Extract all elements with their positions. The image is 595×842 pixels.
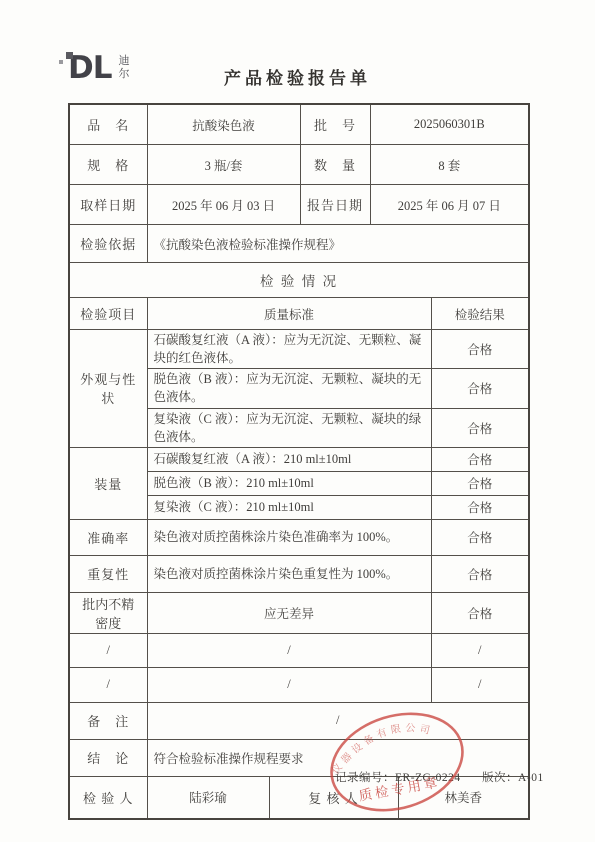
empty2-label: / <box>69 667 147 702</box>
sampling-date-label: 取样日期 <box>69 185 147 225</box>
header-result: 检验结果 <box>431 298 529 330</box>
row-empty-2: / / / <box>69 667 529 702</box>
row-product-batch: 品 名 抗酸染色液 批 号 2025060301B <box>69 104 529 145</box>
volume-c-standard: 复染液（C 液）：210 ml±10ml <box>147 495 431 519</box>
volume-a-result: 合格 <box>431 447 529 471</box>
note-label: 备 注 <box>69 702 147 739</box>
page-title: 产品检验报告单 <box>0 64 595 89</box>
record-line: 记录编号：ER-ZG-0224 版次：A-01 <box>335 769 544 785</box>
header-standard: 质量标准 <box>147 298 431 330</box>
record-number: 记录编号：ER-ZG-0224 <box>335 772 461 784</box>
row-repeatability: 重复性 染色液对质控菌株涂片染色重复性为 100%。 合格 <box>69 555 529 592</box>
volume-b-result: 合格 <box>431 471 529 495</box>
appearance-c-result: 合格 <box>431 408 529 447</box>
version-number: 版次：A-01 <box>482 772 544 784</box>
sampling-date-value: 2025 年 06 月 03 日 <box>147 185 300 225</box>
appearance-a-result: 合格 <box>431 330 529 369</box>
note-value: / <box>147 702 529 739</box>
volume-c-result: 合格 <box>431 495 529 519</box>
appearance-b-standard: 脱色液（B 液）：应为无沉淀、无颗粒、凝块的无色液体。 <box>147 369 431 408</box>
appearance-label: 外观与性状 <box>69 330 147 448</box>
row-spec-qty: 规 格 3 瓶/套 数 量 8 套 <box>69 145 529 185</box>
row-imprecision: 批内不精密度 应无差异 合格 <box>69 592 529 633</box>
basis-label: 检验依据 <box>69 225 147 263</box>
accuracy-result: 合格 <box>431 519 529 555</box>
header-item: 检验项目 <box>69 298 147 330</box>
report-page: DL 迪 尔 产品检验报告单 品 名 抗酸染色液 批 号 2025060301B… <box>0 0 595 842</box>
spec-value: 3 瓶/套 <box>147 145 300 185</box>
inspector-label: 检 验 人 <box>69 776 147 819</box>
product-name-value: 抗酸染色液 <box>147 104 300 145</box>
volume-b-standard: 脱色液（B 液）：210 ml±10ml <box>147 471 431 495</box>
conclusion-label: 结 论 <box>69 739 147 776</box>
row-basis: 检验依据 《抗酸染色液检验标准操作规程》 <box>69 225 529 263</box>
accuracy-label: 准确率 <box>69 519 147 555</box>
batch-value: 2025060301B <box>370 104 529 145</box>
product-name-label: 品 名 <box>69 104 147 145</box>
row-inner-header: 检验项目 质量标准 检验结果 <box>69 298 529 330</box>
empty2-standard: / <box>147 667 431 702</box>
imprecision-result: 合格 <box>431 592 529 633</box>
row-note: 备 注 / <box>69 702 529 739</box>
section-title: 检 验 情 况 <box>69 263 529 298</box>
qty-label: 数 量 <box>300 145 370 185</box>
empty1-label: / <box>69 633 147 667</box>
row-appearance-a: 外观与性状 石碳酸复红液（A 液）：应为无沉淀、无颗粒、凝块的红色液体。 合格 <box>69 330 529 369</box>
row-section-title: 检 验 情 况 <box>69 263 529 298</box>
basis-value: 《抗酸染色液检验标准操作规程》 <box>147 225 529 263</box>
repeatability-label: 重复性 <box>69 555 147 592</box>
accuracy-standard: 染色液对质控菌株涂片染色准确率为 100%。 <box>147 519 431 555</box>
row-accuracy: 准确率 染色液对质控菌株涂片染色准确率为 100%。 合格 <box>69 519 529 555</box>
batch-label: 批 号 <box>300 104 370 145</box>
appearance-a-standard: 石碳酸复红液（A 液）：应为无沉淀、无颗粒、凝块的红色液体。 <box>147 330 431 369</box>
report-date-label: 报告日期 <box>300 185 370 225</box>
inspector-name: 陆彩瑜 <box>147 776 269 819</box>
spec-label: 规 格 <box>69 145 147 185</box>
empty1-standard: / <box>147 633 431 667</box>
empty2-result: / <box>431 667 529 702</box>
row-empty-1: / / / <box>69 633 529 667</box>
volume-a-standard: 石碳酸复红液（A 液）：210 ml±10ml <box>147 447 431 471</box>
imprecision-standard: 应无差异 <box>147 592 431 633</box>
repeatability-result: 合格 <box>431 555 529 592</box>
imprecision-label: 批内不精密度 <box>69 592 147 633</box>
row-dates: 取样日期 2025 年 06 月 03 日 报告日期 2025 年 06 月 0… <box>69 185 529 225</box>
volume-label: 装量 <box>69 447 147 519</box>
appearance-b-result: 合格 <box>431 369 529 408</box>
qty-value: 8 套 <box>370 145 529 185</box>
empty1-result: / <box>431 633 529 667</box>
row-volume-a: 装量 石碳酸复红液（A 液）：210 ml±10ml 合格 <box>69 447 529 471</box>
report-date-value: 2025 年 06 月 07 日 <box>370 185 529 225</box>
report-table: 品 名 抗酸染色液 批 号 2025060301B 规 格 3 瓶/套 数 量 … <box>68 103 530 820</box>
appearance-c-standard: 复染液（C 液）：应为无沉淀、无颗粒、凝块的绿色液体。 <box>147 408 431 447</box>
repeatability-standard: 染色液对质控菌株涂片染色重复性为 100%。 <box>147 555 431 592</box>
